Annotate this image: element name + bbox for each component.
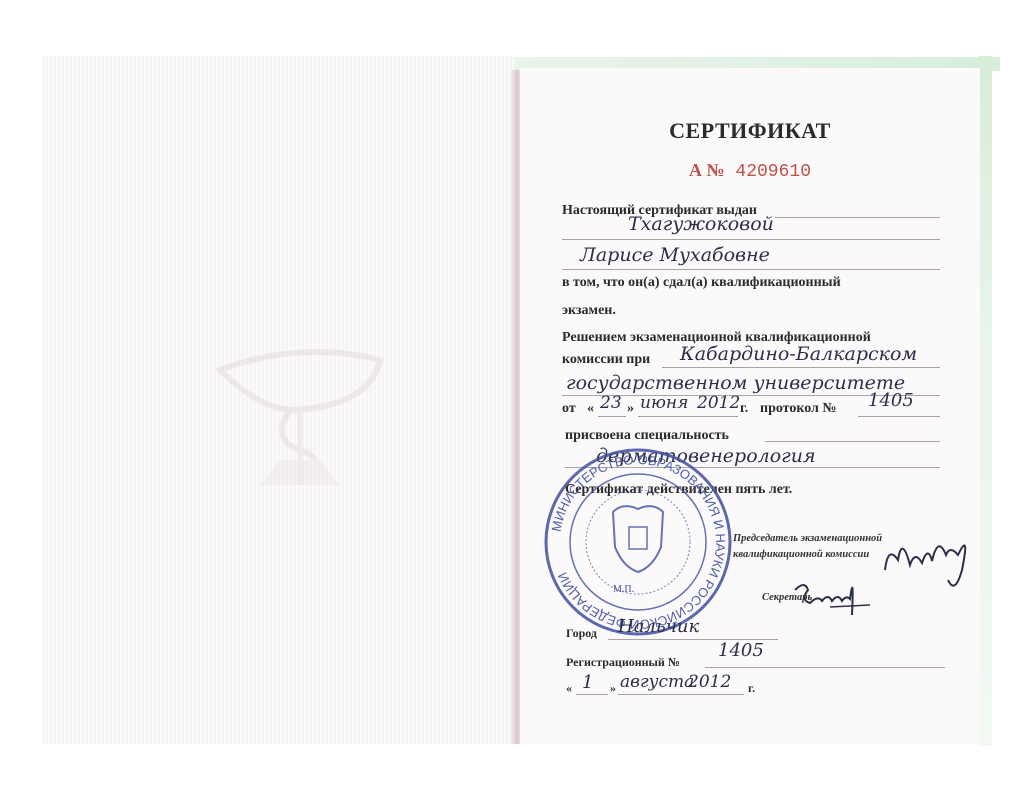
number-value: 4209610 bbox=[735, 162, 811, 182]
specialty-label: присвоена специальность bbox=[565, 428, 729, 444]
chairman-label-line-2: квалификационной комиссии bbox=[733, 549, 869, 560]
surname-handwritten: Тхагужоковой bbox=[628, 213, 774, 235]
background-edge bbox=[978, 56, 992, 746]
exam-year: 2012 bbox=[697, 393, 740, 413]
field-line bbox=[562, 269, 940, 270]
quote-close: » bbox=[627, 401, 634, 417]
city-label: Город bbox=[566, 626, 597, 641]
bowl-of-hygieia-watermark-icon bbox=[200, 310, 400, 490]
exam-text-line-1: в том, что он(а) сдал(а) квалификационны… bbox=[562, 275, 841, 291]
issue-quote-close: » bbox=[610, 681, 616, 696]
year-suffix: г. bbox=[740, 401, 748, 417]
field-line bbox=[765, 441, 940, 442]
field-line bbox=[598, 416, 626, 417]
issue-year-suffix: г. bbox=[748, 681, 755, 696]
protocol-label: протокол № bbox=[760, 401, 836, 417]
field-line bbox=[618, 694, 744, 695]
institution-line-1: Кабардино-Балкарском bbox=[680, 343, 917, 365]
field-line bbox=[562, 239, 940, 240]
series-prefix: А № bbox=[689, 160, 725, 180]
field-line bbox=[638, 416, 738, 417]
protocol-number: 1405 bbox=[868, 390, 914, 411]
commission-label: комиссии при bbox=[562, 352, 650, 368]
quote-open: « bbox=[587, 401, 594, 417]
city-handwritten: Нальчик bbox=[618, 616, 699, 637]
exam-month: июня bbox=[640, 393, 688, 413]
chairman-signature bbox=[880, 525, 975, 600]
registration-number: 1405 bbox=[718, 640, 764, 661]
secretary-signature bbox=[790, 565, 875, 625]
certificate-title: СЕРТИФИКАТ bbox=[520, 118, 980, 144]
field-line bbox=[662, 367, 940, 368]
registration-label: Регистрационный № bbox=[566, 655, 680, 670]
field-line bbox=[576, 694, 608, 695]
given-names-handwritten: Ларисе Мухабовне bbox=[580, 244, 770, 266]
field-line bbox=[858, 416, 940, 417]
issue-day: 1 bbox=[582, 672, 593, 693]
issue-month: августа bbox=[620, 672, 694, 692]
field-line bbox=[705, 667, 945, 668]
issue-quote-open: « bbox=[566, 681, 572, 696]
institution-line-2: государственном университете bbox=[566, 372, 905, 394]
stamp-outer-text: МИНИСТЕРСТВО ОБРАЗОВАНИЯ И НАУКИ РОССИЙС… bbox=[549, 452, 728, 632]
issue-year: 2012 bbox=[688, 672, 731, 692]
exam-text-line-2: экзамен. bbox=[562, 303, 616, 319]
certificate-number: А № 4209610 bbox=[520, 160, 980, 182]
stamp-center-text: М.П. bbox=[613, 584, 634, 595]
chairman-label-line-1: Председатель экзаменационной bbox=[733, 533, 882, 544]
date-from-label: от bbox=[562, 401, 576, 417]
official-seal-stamp: МИНИСТЕРСТВО ОБРАЗОВАНИЯ И НАУКИ РОССИЙС… bbox=[543, 447, 733, 637]
exam-day: 23 bbox=[600, 393, 622, 413]
field-line bbox=[775, 217, 940, 218]
